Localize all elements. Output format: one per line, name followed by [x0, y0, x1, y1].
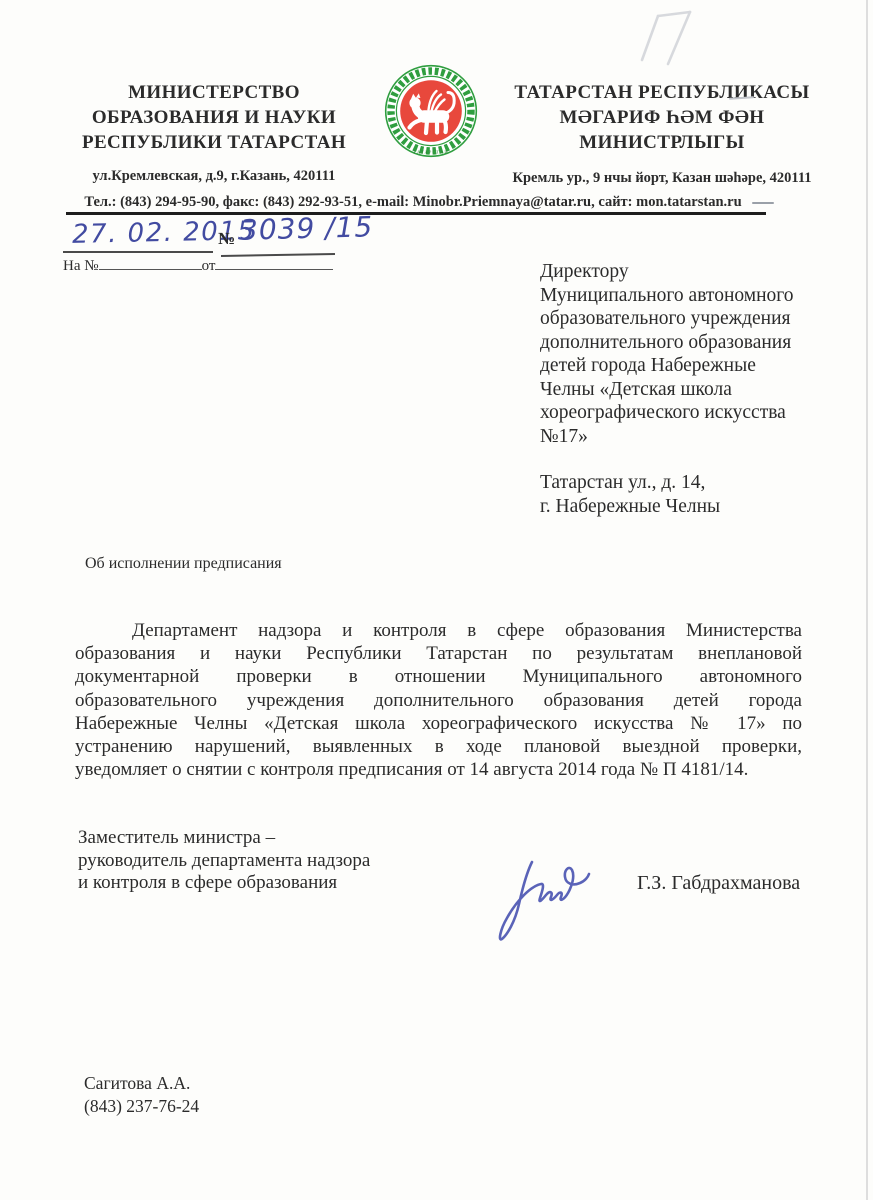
- executor-phone: (843) 237-76-24: [84, 1095, 199, 1118]
- addressee-line: Челны «Детская школа: [540, 378, 845, 402]
- org-tt-name-line: МӘГАРИФ ҺӘМ ФӘН: [490, 105, 834, 130]
- org-tt-name-line: МИНИСТРЛЫГЫ: [490, 130, 834, 155]
- org-tt-name-line: ТАТАРСТАН РЕСПУБЛИКАСЫ: [490, 80, 834, 105]
- date-underline: [63, 251, 213, 253]
- addressee-city: г. Набережные Челны: [540, 495, 845, 519]
- number-sign: №: [218, 229, 235, 249]
- org-ru-name-line: ОБРАЗОВАНИЯ И НАУКИ: [58, 105, 370, 130]
- addressee-line: дополнительного образования: [540, 331, 845, 355]
- reply-prefix: На №: [63, 258, 99, 274]
- executor-name: Сагитова А.А.: [84, 1072, 199, 1095]
- pencil-mark-17-icon: [628, 4, 712, 70]
- handwritten-signature-icon: [496, 848, 614, 944]
- org-ru-address: ул.Кремлевская, д.9, г.Казань, 420111: [58, 168, 370, 185]
- reply-number-blank: [99, 256, 202, 270]
- reply-date-blank: [215, 256, 333, 270]
- org-block-tatar: ТАТАРСТАН РЕСПУБЛИКАСЫ МӘГАРИФ ҺӘМ ФӘН М…: [490, 80, 834, 187]
- body-line: образовательного учреждения дополнительн…: [75, 689, 802, 712]
- header-divider-rule: [66, 212, 766, 215]
- body-line: Набережные Челны «Детская школа хореогра…: [75, 712, 802, 735]
- signer-name: Г.З. Габдрахманова: [637, 872, 800, 895]
- signoff-title-block: Заместитель министра – руководитель депа…: [78, 827, 370, 895]
- emblem-caption: ТАТАРСТАН: [413, 150, 448, 155]
- body-paragraph: Департамент надзора и контроля в сфере о…: [75, 619, 802, 781]
- org-ru-name-line: РЕСПУБЛИКИ ТАТАРСТАН: [58, 130, 370, 155]
- addressee-line: детей города Набережные: [540, 354, 845, 378]
- org-block-russian: МИНИСТЕРСТВО ОБРАЗОВАНИЯ И НАУКИ РЕСПУБЛ…: [58, 80, 370, 185]
- signoff-title-line: руководитель департамента надзора: [78, 850, 370, 873]
- scan-edge-shadow: [866, 0, 868, 1200]
- addressee-block: Директору Муниципального автономного обр…: [540, 260, 845, 518]
- reply-infix: от: [202, 258, 216, 274]
- reply-reference-line: На №от: [63, 256, 333, 275]
- body-line: образования и науки Республики Татарстан…: [75, 642, 802, 665]
- addressee-street: Татарстан ул., д. 14,: [540, 471, 845, 495]
- addressee-line: Муниципального автономного: [540, 284, 845, 308]
- addressee-line: хореографического искусства: [540, 401, 845, 425]
- scanned-letter-page: МИНИСТЕРСТВО ОБРАЗОВАНИЯ И НАУКИ РЕСПУБЛ…: [0, 0, 873, 1200]
- subject-line: Об исполнении предписания: [85, 555, 282, 573]
- signoff-title-line: и контроля в сфере образования: [78, 872, 370, 895]
- executor-block: Сагитова А.А. (843) 237-76-24: [84, 1072, 199, 1118]
- body-line: уведомляет о снятии с контроля предписан…: [75, 758, 802, 781]
- org-tt-address: Кремль ур., 9 нчы йорт, Казан шәһәре, 42…: [490, 170, 834, 187]
- body-line: документарной проверки в отношении Муниц…: [75, 665, 802, 688]
- outgoing-number-handwritten: 3039 /15: [240, 210, 374, 246]
- org-ru-name-line: МИНИСТЕРСТВО: [58, 80, 370, 105]
- contacts-line: Тел.: (843) 294-95-90, факс: (843) 292-9…: [60, 194, 766, 211]
- signoff-title-line: Заместитель министра –: [78, 827, 370, 850]
- body-line: Департамент надзора и контроля в сфере о…: [75, 619, 802, 642]
- addressee-line: образовательного учреждения: [540, 307, 845, 331]
- body-line: устранению нарушений, выявленных в ходе …: [75, 735, 802, 758]
- addressee-line: №17»: [540, 425, 845, 449]
- scan-dash-artifact: [752, 202, 774, 204]
- tatarstan-coat-of-arms-icon: ТАТАРСТАН: [384, 64, 478, 158]
- addressee-line: Директору: [540, 260, 845, 284]
